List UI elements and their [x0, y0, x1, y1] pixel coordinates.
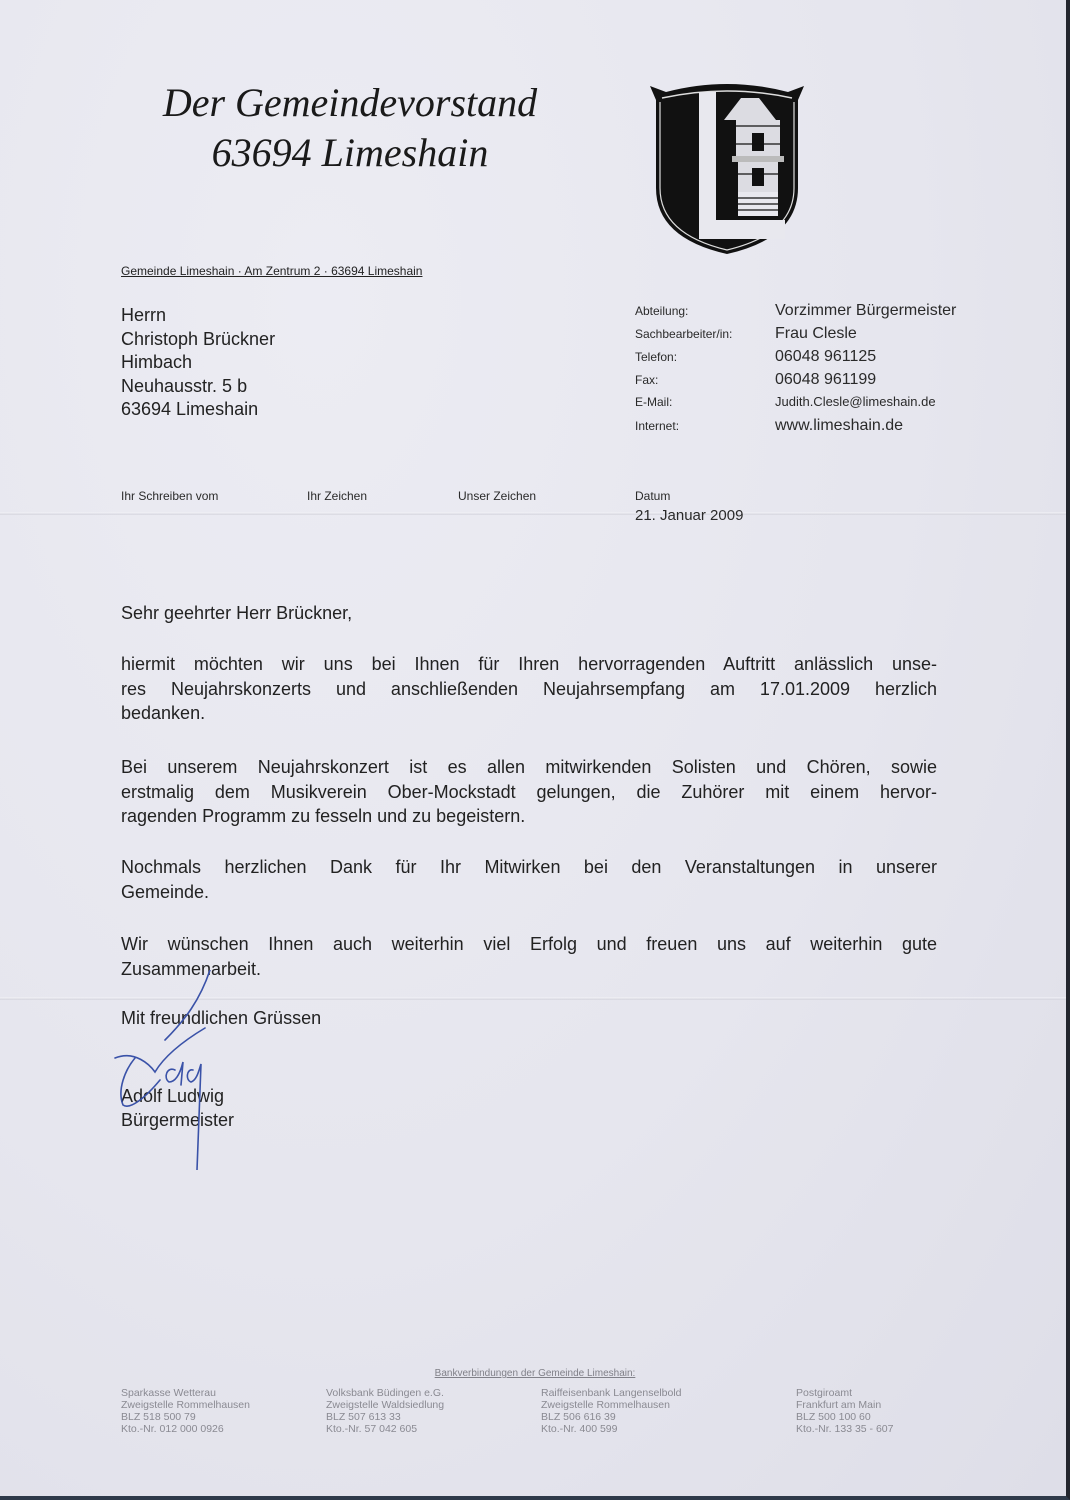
- bank-blz: BLZ 507 613 33: [326, 1411, 444, 1423]
- signer-block: Adolf Ludwig Bürgermeister: [121, 1084, 234, 1132]
- contact-row-email: E-Mail: Judith.Clesle@limeshain.de: [635, 394, 956, 417]
- contact-label: Fax:: [635, 373, 775, 387]
- salutation: Sehr geehrter Herr Brückner,: [121, 603, 352, 624]
- bank-account: Kto.-Nr. 133 35 - 607: [796, 1423, 893, 1435]
- text-line: Zusammenarbeit.: [121, 957, 937, 982]
- paper-fold: [0, 512, 1066, 515]
- bank-postgiroamt: Postgiroamt Frankfurt am Main BLZ 500 10…: [796, 1387, 893, 1435]
- bank-branch: Zweigstelle Rommelhausen: [121, 1399, 250, 1411]
- letterhead-line-2: 63694 Limeshain: [140, 128, 560, 178]
- text-line: Nochmals herzlichen Dank für Ihr Mitwirk…: [121, 855, 937, 880]
- text-line: Wir wünschen Ihnen auch weiterhin viel E…: [121, 932, 937, 957]
- ref-your-sign-label: Ihr Zeichen: [307, 489, 367, 503]
- ref-date-label: Datum: [635, 489, 670, 503]
- paragraph-gratitude: Nochmals herzlichen Dank für Ihr Mitwirk…: [121, 855, 937, 904]
- contact-row-clerk: Sachbearbeiter/in: Frau Clesle: [635, 325, 956, 348]
- contact-value: 06048 961199: [775, 371, 876, 389]
- recipient-line: Himbach: [121, 351, 275, 375]
- bank-name: Postgiroamt: [796, 1387, 893, 1399]
- bank-name: Volksbank Büdingen e.G.: [326, 1387, 444, 1399]
- text-line: ragenden Programm zu fesseln und zu bege…: [121, 804, 937, 829]
- bank-account: Kto.-Nr. 400 599: [541, 1423, 682, 1435]
- bank-blz: BLZ 506 616 39: [541, 1411, 682, 1423]
- letter-page: Der Gemeindevorstand 63694 Limeshain Gem…: [0, 0, 1070, 1500]
- bank-blz: BLZ 518 500 79: [121, 1411, 250, 1423]
- website-link[interactable]: www.limeshain.de: [775, 417, 903, 435]
- letterhead-line-1: Der Gemeindevorstand: [140, 78, 560, 128]
- recipient-line: Christoph Brückner: [121, 328, 275, 352]
- contact-label: E-Mail:: [635, 395, 775, 409]
- contact-value: Vorzimmer Bürgermeister: [775, 302, 956, 320]
- email-link[interactable]: Judith.Clesle@limeshain.de: [775, 394, 936, 409]
- contact-block: Abteilung: Vorzimmer Bürgermeister Sachb…: [635, 302, 956, 440]
- recipient-line: Neuhausstr. 5 b: [121, 375, 275, 399]
- recipient-address: Herrn Christoph Brückner Himbach Neuhaus…: [121, 304, 275, 422]
- coat-of-arms-icon: [644, 78, 810, 256]
- recipient-line: 63694 Limeshain: [121, 398, 275, 422]
- letterhead-title: Der Gemeindevorstand 63694 Limeshain: [140, 78, 560, 178]
- text-line: res Neujahrskonzerts und anschließenden …: [121, 677, 937, 702]
- bank-branch: Zweigstelle Rommelhausen: [541, 1399, 682, 1411]
- bank-raiffeisenbank: Raiffeisenbank Langenselbold Zweigstelle…: [541, 1387, 682, 1435]
- contact-label: Internet:: [635, 419, 775, 433]
- bank-account: Kto.-Nr. 012 000 0926: [121, 1423, 250, 1435]
- signer-name: Adolf Ludwig: [121, 1084, 234, 1108]
- contact-row-fax: Fax: 06048 961199: [635, 371, 956, 394]
- text-line: bedanken.: [121, 701, 937, 726]
- return-address: Gemeinde Limeshain · Am Zentrum 2 · 6369…: [121, 264, 422, 278]
- contact-label: Sachbearbeiter/in:: [635, 327, 775, 341]
- bank-name: Raiffeisenbank Langenselbold: [541, 1387, 682, 1399]
- letter-date: 21. Januar 2009: [635, 507, 743, 524]
- bank-branch: Zweigstelle Waldsiedlung: [326, 1399, 444, 1411]
- bank-name: Sparkasse Wetterau: [121, 1387, 250, 1399]
- text-line: Bei unserem Neujahrskonzert ist es allen…: [121, 755, 937, 780]
- ref-your-letter-label: Ihr Schreiben vom: [121, 489, 218, 503]
- contact-label: Telefon:: [635, 350, 775, 364]
- paper-fold: [0, 997, 1066, 1000]
- text-line: hiermit möchten wir uns bei Ihnen für Ih…: [121, 652, 937, 677]
- bank-footer-heading: Bankverbindungen der Gemeinde Limeshain:: [0, 1368, 1070, 1379]
- contact-value: 06048 961125: [775, 348, 876, 366]
- handwritten-signature: [105, 970, 245, 1170]
- contact-label: Abteilung:: [635, 304, 775, 318]
- bank-sparkasse: Sparkasse Wetterau Zweigstelle Rommelhau…: [121, 1387, 250, 1435]
- paragraph-concert: Bei unserem Neujahrskonzert ist es allen…: [121, 755, 937, 829]
- bank-blz: BLZ 500 100 60: [796, 1411, 893, 1423]
- paragraph-wishes: Wir wünschen Ihnen auch weiterhin viel E…: [121, 932, 937, 981]
- text-line: Gemeinde.: [121, 880, 937, 905]
- contact-row-internet: Internet: www.limeshain.de: [635, 417, 956, 440]
- closing: Mit freundlichen Grüssen: [121, 1008, 321, 1029]
- bank-volksbank: Volksbank Büdingen e.G. Zweigstelle Wald…: [326, 1387, 444, 1435]
- contact-row-phone: Telefon: 06048 961125: [635, 348, 956, 371]
- contact-row-department: Abteilung: Vorzimmer Bürgermeister: [635, 302, 956, 325]
- recipient-line: Herrn: [121, 304, 275, 328]
- paragraph-thanks: hiermit möchten wir uns bei Ihnen für Ih…: [121, 652, 937, 726]
- bank-account: Kto.-Nr. 57 042 605: [326, 1423, 444, 1435]
- bank-branch: Frankfurt am Main: [796, 1399, 893, 1411]
- contact-value: Frau Clesle: [775, 325, 857, 343]
- ref-our-sign-label: Unser Zeichen: [458, 489, 536, 503]
- text-line: erstmalig dem Musikverein Ober-Mockstadt…: [121, 780, 937, 805]
- signer-title: Bürgermeister: [121, 1108, 234, 1132]
